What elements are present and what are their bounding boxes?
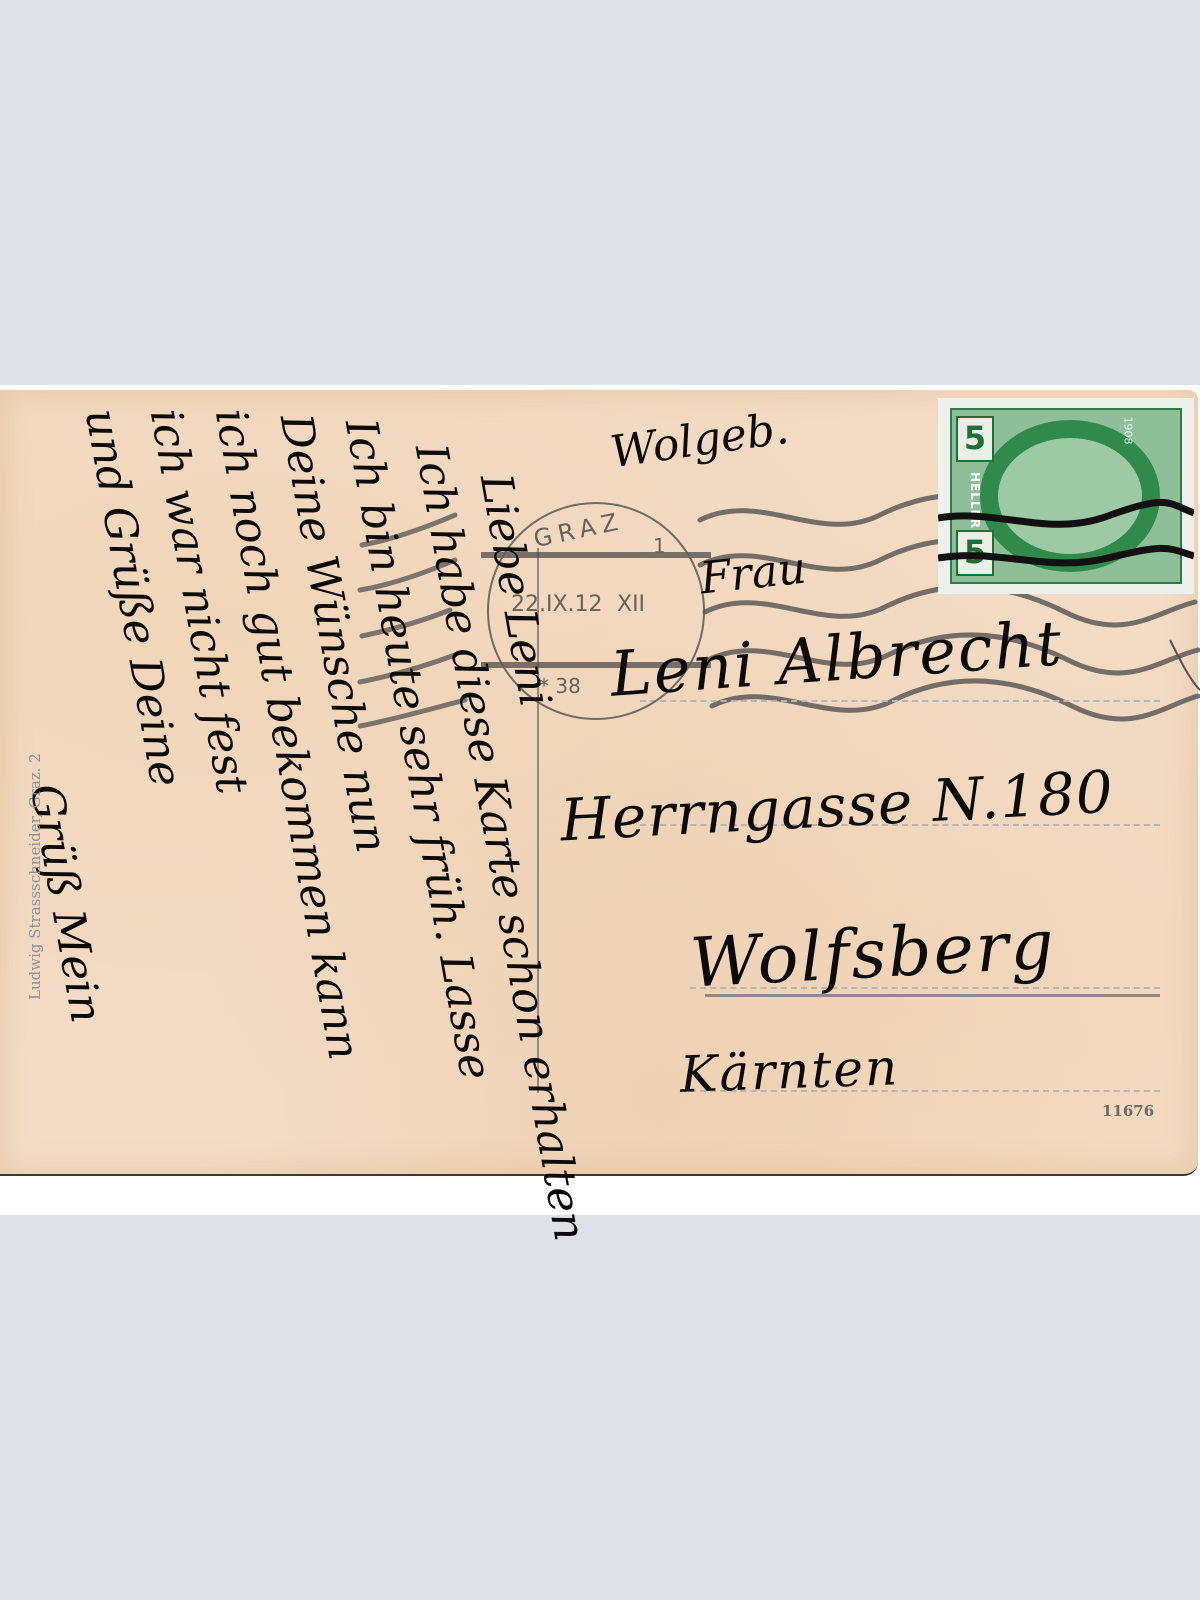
address-region: Kärnten [679,1038,900,1104]
postmark-office-number: 1 [653,534,666,558]
publisher-imprint: Ludwig Strassschneider, Graz. 2 [26,753,44,1000]
postmark-time: XII [617,592,645,617]
card-number: 11676 [1102,1102,1154,1120]
stamp-cancel-lines [938,398,1194,594]
postage-stamp: 5 5 HELLER 1908 [938,398,1194,594]
postmark-city: GRAZ [531,507,626,553]
